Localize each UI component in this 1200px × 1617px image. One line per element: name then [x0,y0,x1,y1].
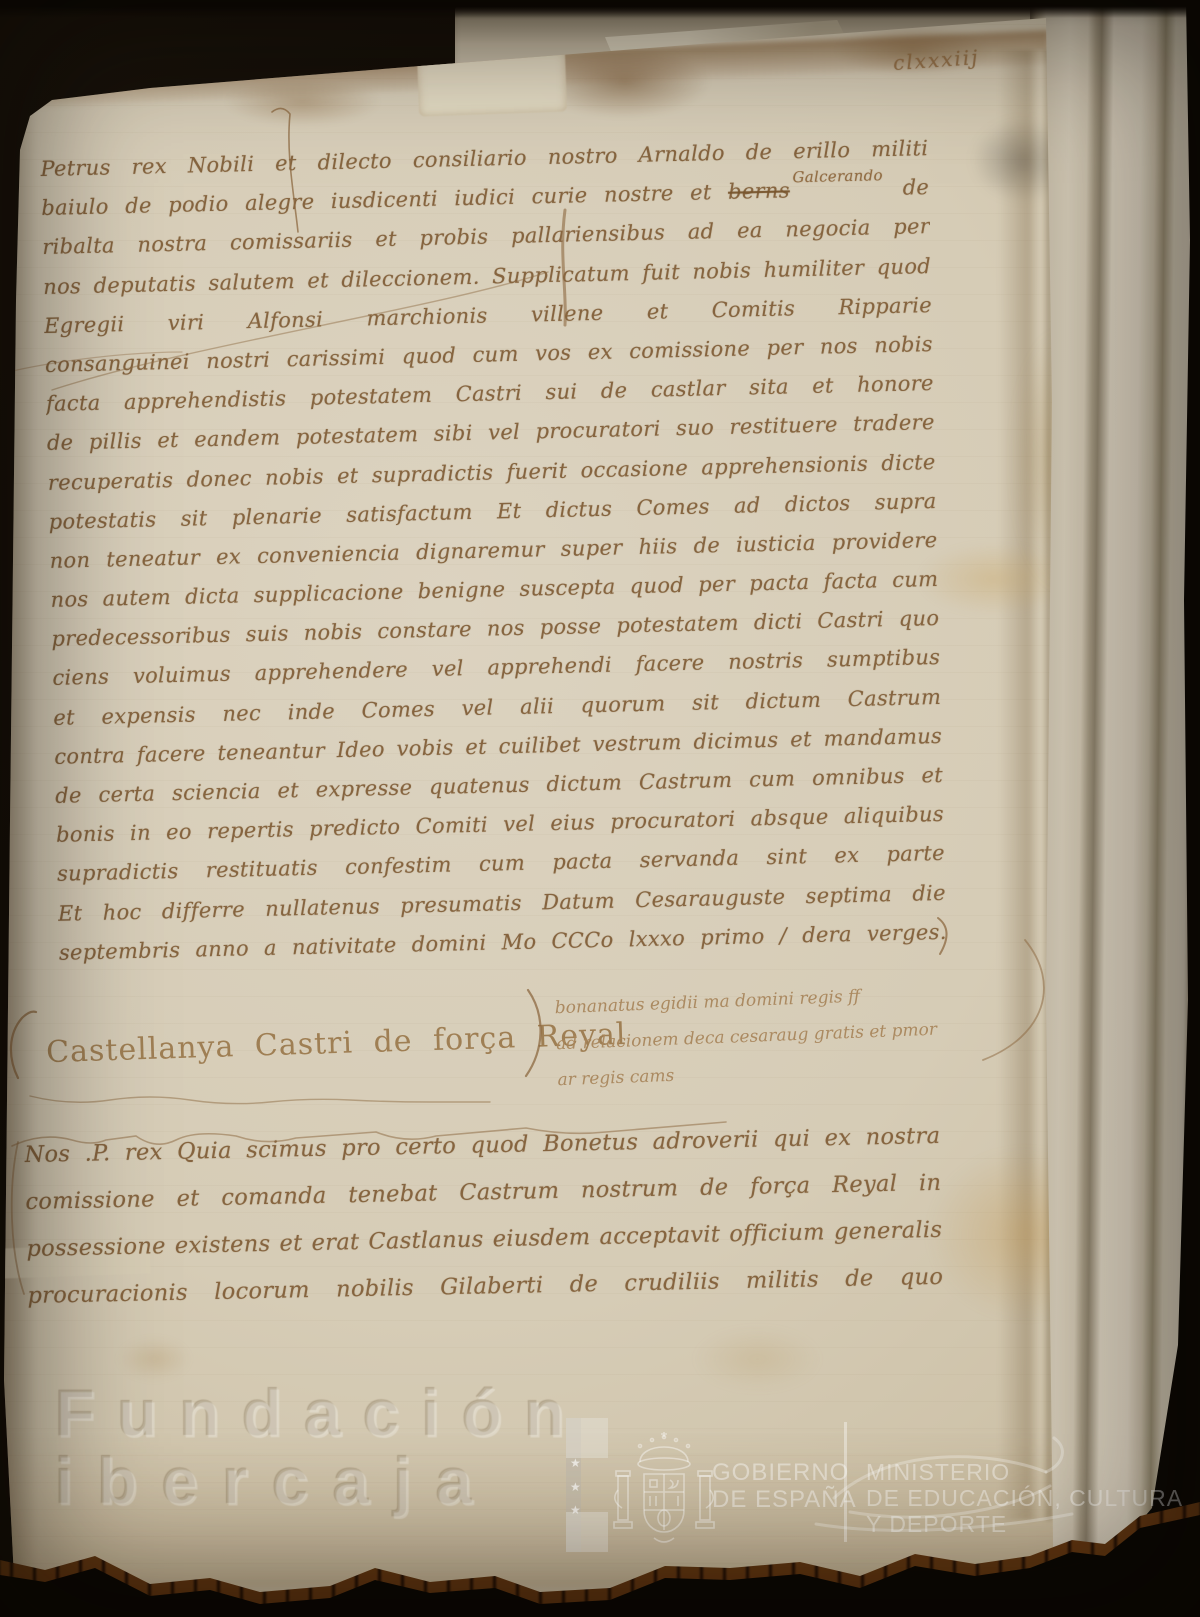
gobierno-espana-watermark: GOBIERNO DE ESPAÑA [712,1459,857,1513]
spain-coat-of-arms-icon [610,1430,718,1548]
fundacion-text: Fundación [55,1380,587,1446]
fundacion-ibercaja-watermark: Fundación ibercaja [55,1380,587,1514]
de-espana-text: DE ESPAÑA [712,1486,857,1513]
paragraph-2: Nos .P. rex Quia scimus pro certo quod B… [24,1113,944,1320]
band-cap [566,1512,608,1552]
gobierno-text: GOBIERNO [712,1459,857,1486]
star-icon: ★ [570,1456,581,1470]
struck-word: berns [728,179,790,204]
ministerio-watermark: MINISTERIO DE EDUCACIÓN, CULTURA Y DEPOR… [866,1459,1183,1537]
page-curl-shadow [998,50,1052,1520]
educacion-cultura-text: DE EDUCACIÓN, CULTURA [866,1485,1183,1511]
ministerio-text: MINISTERIO [866,1459,1183,1485]
y-deporte-text: Y DEPORTE [866,1511,1183,1537]
star-icon: ★ [570,1480,581,1494]
paragraph-1: Petrus rex Nobili et dilecto consiliario… [40,129,947,973]
band-cap [566,1418,608,1458]
ibercaja-text: ibercaja [55,1448,587,1514]
star-icon: ★ [570,1503,581,1517]
manuscript-page: clxxxiij Petrus rex Nobili et dilecto co… [0,0,1056,1617]
marginal-note: bonanatus egidii ma domini regis ffad re… [554,974,988,1098]
manuscript-photo: clxxxiij Petrus rex Nobili et dilecto co… [0,0,1200,1617]
edge-shadow [0,90,36,1600]
interlinear-insertion: Galcerando [792,168,883,186]
photo-border-top [0,0,1200,18]
